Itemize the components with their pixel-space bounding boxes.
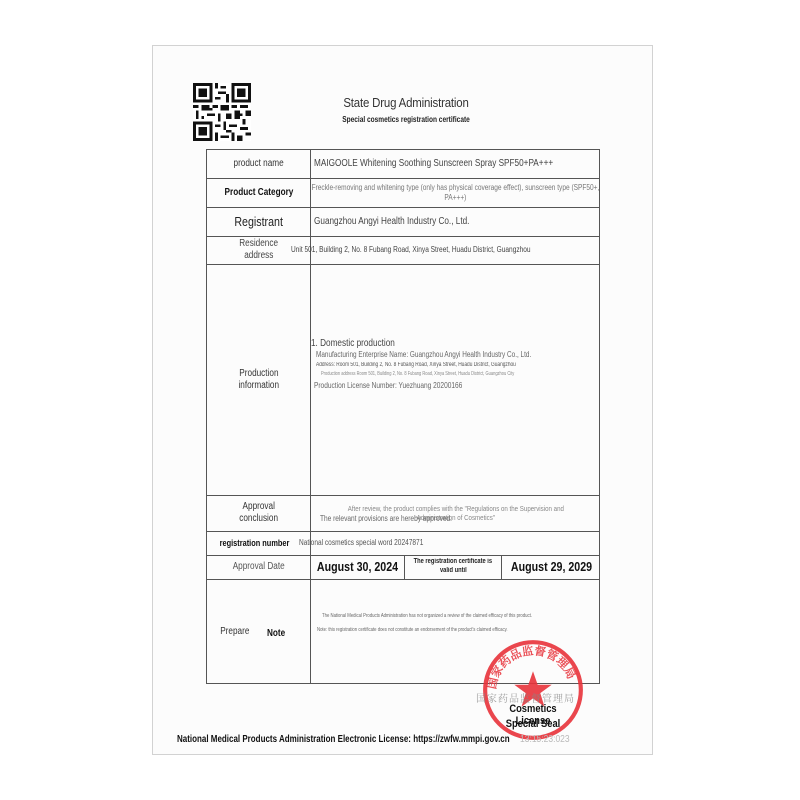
- registration-number-value: National cosmetics special word 20247871: [299, 531, 599, 555]
- manufacturing-enterprise-name: Manufacturing Enterprise Name: Guangzhou…: [316, 350, 543, 359]
- valid-until-value: August 29, 2029: [502, 555, 600, 579]
- production-license-number: Production License Number: Yuezhuang 202…: [314, 381, 549, 390]
- production-heading: 1. Domestic production: [311, 338, 548, 349]
- certificate-table: product name MAIGOOLE Whitening Soothing…: [206, 149, 600, 684]
- approval-conclusion-value: After review, the product complies with …: [311, 495, 600, 531]
- registration-number-label: registration number: [207, 531, 303, 555]
- approval-date-value: August 30, 2024: [311, 555, 404, 579]
- row-divider: [207, 579, 599, 580]
- footer-timestamp: 13:15:23:023: [520, 734, 570, 745]
- qr-code-icon: [192, 83, 252, 141]
- prepare-label: Prepare: [217, 620, 253, 644]
- product-name-value: MAIGOOLE Whitening Soothing Sunscreen Sp…: [311, 150, 600, 178]
- seal-label-line-2: Special Seal: [495, 718, 572, 730]
- note-label: Note: [265, 622, 287, 646]
- product-name-label: product name: [207, 150, 310, 178]
- certificate-subtitle: Special cosmetics registration certifica…: [319, 115, 493, 124]
- registrant-value: Guangzhou Angyi Health Industry Co., Ltd…: [311, 207, 600, 236]
- product-category-label: Product Category: [207, 178, 310, 207]
- product-category-value: Freckle-removing and whitening type (onl…: [311, 178, 600, 207]
- approval-date-label: Approval Date: [207, 555, 310, 579]
- certificate-title: State Drug Administration: [313, 95, 500, 110]
- valid-until-label: The registration certificate is valid un…: [405, 555, 501, 579]
- manufacturing-address: Address: Room 501, Building 2, No. 8 Fub…: [316, 362, 543, 368]
- residence-address-value: Unit 501, Building 2, No. 8 Fubang Road,…: [291, 236, 601, 264]
- approval-conclusion-label: Approval conclusion: [207, 495, 310, 531]
- registrant-label: Registrant: [207, 207, 310, 236]
- production-address: Production address Room 501, Building 2,…: [321, 371, 544, 377]
- electronic-license-footer: National Medical Products Administration…: [177, 734, 510, 745]
- note-line-1: The National Medical Products Administra…: [322, 613, 532, 619]
- production-information-label: Production information: [207, 264, 310, 495]
- note-line-2: Note: this registration certificate does…: [317, 627, 508, 633]
- approval-conclusion-value-line3: The relevant provisions are hereby appro…: [320, 514, 452, 523]
- production-information-value: 1. Domestic production Manufacturing Ent…: [311, 338, 600, 390]
